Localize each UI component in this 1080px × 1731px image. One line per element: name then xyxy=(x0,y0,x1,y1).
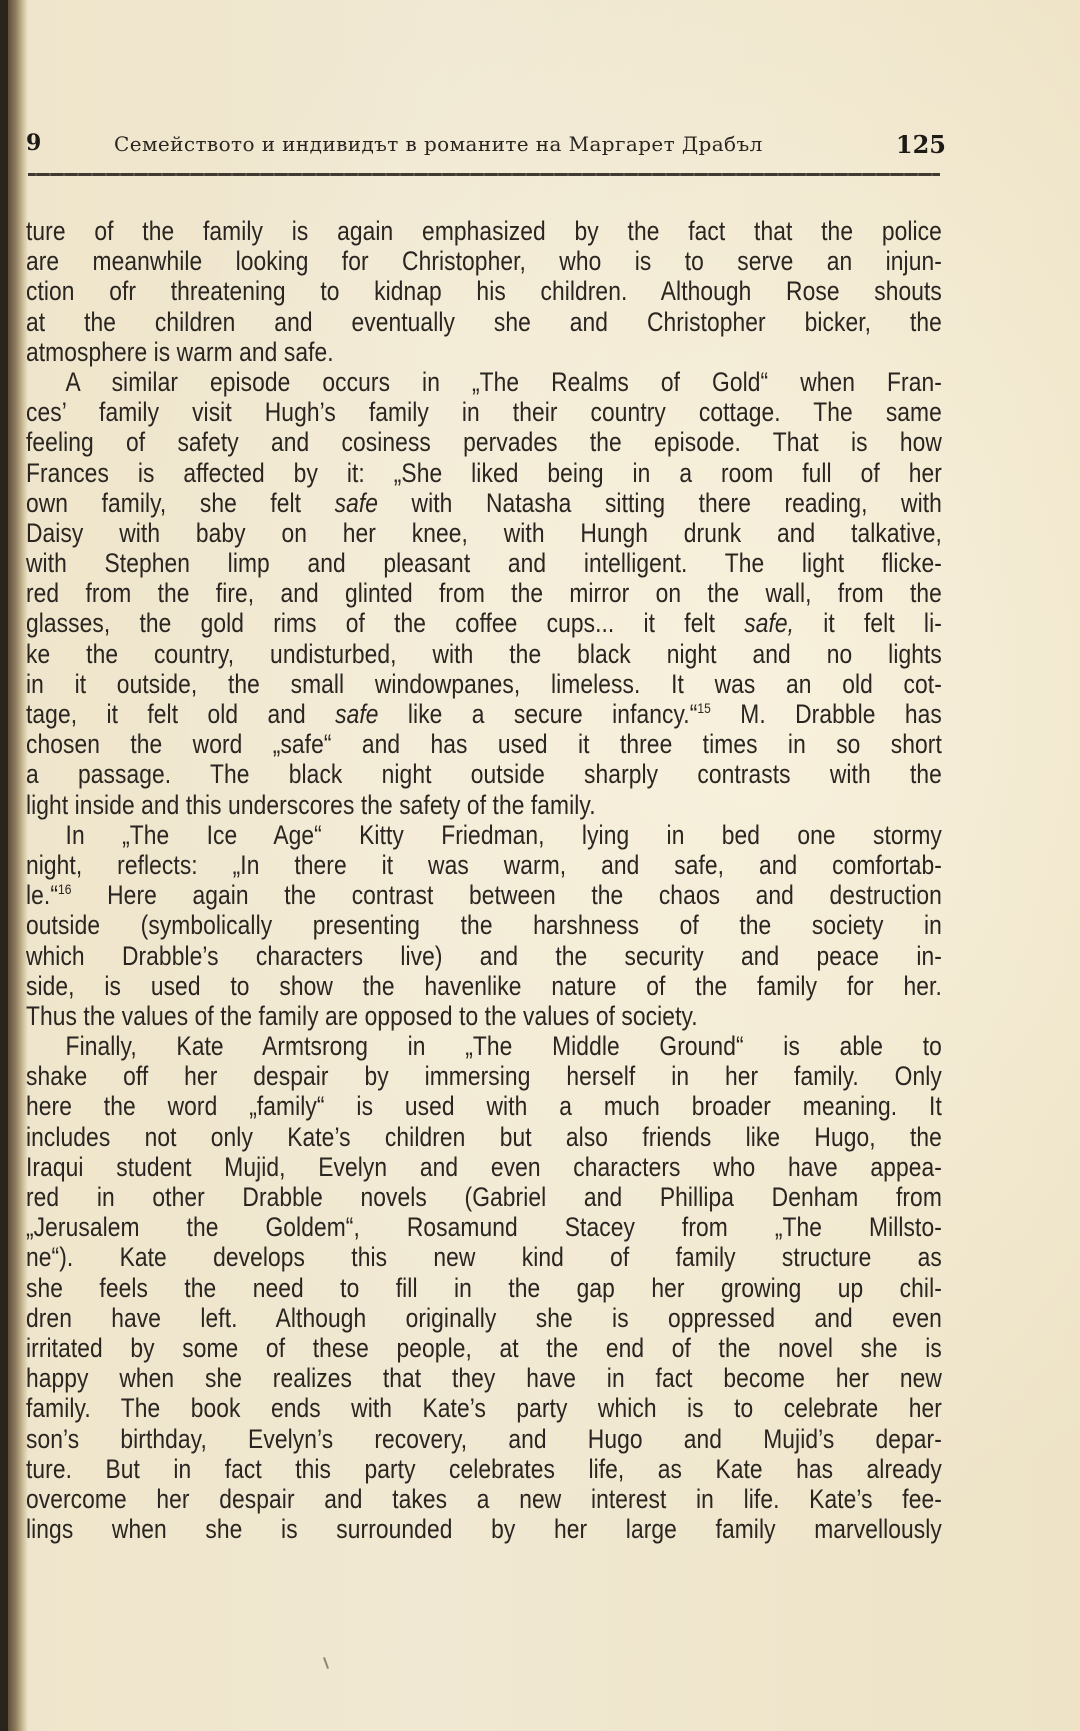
text-line: light inside and this underscores the sa… xyxy=(26,790,942,820)
page-number: 125 xyxy=(896,130,946,159)
text-line: shake off her despair by immersing herse… xyxy=(26,1061,942,1091)
text-line: atmosphere is warm and safe. xyxy=(26,337,942,367)
text-line: dren have left. Although originally she … xyxy=(26,1303,942,1333)
text-line: in it outside, the small windowpanes, li… xyxy=(26,669,942,699)
text-line: ces’ family visit Hugh’s family in their… xyxy=(26,397,942,427)
text-line: chosen the word „safe“ and has used it t… xyxy=(26,729,942,759)
text-line: irritated by some of these people, at th… xyxy=(26,1333,942,1363)
text-line: ction ofr threatening to kidnap his chil… xyxy=(26,276,942,306)
text-line: happy when she realizes that they have i… xyxy=(26,1363,942,1393)
text-line: lings when she is surrounded by her larg… xyxy=(26,1514,942,1544)
emphasis: safe xyxy=(335,488,378,518)
text-line: at the children and eventually she and C… xyxy=(26,307,942,337)
text-line: side, is used to show the havenlike natu… xyxy=(26,971,942,1001)
paper-blemish xyxy=(323,1657,329,1669)
text-line: „Jerusalem the Goldem“, Rosamund Stacey … xyxy=(26,1212,942,1242)
text-line: outside (symbolically presenting the har… xyxy=(26,910,942,940)
text-line: Daisy with baby on her knee, with Hungh … xyxy=(26,518,942,548)
text-line: red in other Drabble novels (Gabriel and… xyxy=(26,1182,942,1212)
text-line: Frances is affected by it: „She liked be… xyxy=(26,458,942,488)
text-line: ture. But in fact this party celebrates … xyxy=(26,1454,942,1484)
text-line: family. The book ends with Kate’s party … xyxy=(26,1393,942,1423)
text-line: Iraqui student Mujid, Evelyn and even ch… xyxy=(26,1152,942,1182)
text-line: she feels the need to fill in the gap he… xyxy=(26,1273,942,1303)
text-line: with Stephen limp and pleasant and intel… xyxy=(26,548,942,578)
text-line: ne“). Kate develops this new kind of fam… xyxy=(26,1242,942,1272)
chapter-mark: 9 xyxy=(26,130,41,156)
book-page: 9 Семейството и индивидът в романите на … xyxy=(0,0,1080,1731)
body-text: ture of the family is again emphasized b… xyxy=(26,216,942,1544)
footnote-ref: 16 xyxy=(58,881,72,897)
text-line: tage, it felt old and safe like a secure… xyxy=(26,699,942,729)
text-line: Thus the values of the family are oppose… xyxy=(26,1001,942,1031)
text-line: A similar episode occurs in „The Realms … xyxy=(26,367,942,397)
text-line: are meanwhile looking for Christopher, w… xyxy=(26,246,942,276)
text-line: Finally, Kate Armtsrong in „The Middle G… xyxy=(26,1031,942,1061)
text-line: own family, she felt safe with Natasha s… xyxy=(26,488,942,518)
text-line: feeling of safety and cosiness pervades … xyxy=(26,427,942,457)
running-head-title: Семейството и индивидът в романите на Ма… xyxy=(114,132,763,156)
text-line: a passage. The black night outside sharp… xyxy=(26,759,942,789)
text-line: here the word „family“ is used with a mu… xyxy=(26,1091,942,1121)
emphasis: safe, xyxy=(744,608,794,638)
text-line: which Drabble’s characters live) and the… xyxy=(26,941,942,971)
text-line: includes not only Kate’s children but al… xyxy=(26,1122,942,1152)
running-head: 9 Семейството и индивидът в романите на … xyxy=(26,126,946,166)
text-line: le.“16 Here again the contrast between t… xyxy=(26,880,942,910)
footnote-ref: 15 xyxy=(697,700,711,716)
text-line: overcome her despair and takes a new int… xyxy=(26,1484,942,1514)
text-line: ke the country, undisturbed, with the bl… xyxy=(26,639,942,669)
text-line: glasses, the gold rims of the coffee cup… xyxy=(26,608,942,638)
emphasis: safe xyxy=(335,699,378,729)
text-line: night, reflects: „In there it was warm, … xyxy=(26,850,942,880)
header-rule xyxy=(28,173,940,176)
text-line: ture of the family is again emphasized b… xyxy=(26,216,942,246)
text-line: red from the fire, and glinted from the … xyxy=(26,578,942,608)
text-line: In „The Ice Age“ Kitty Friedman, lying i… xyxy=(26,820,942,850)
text-line: son’s birthday, Evelyn’s recovery, and H… xyxy=(26,1424,942,1454)
book-spine-edge xyxy=(0,0,8,1731)
